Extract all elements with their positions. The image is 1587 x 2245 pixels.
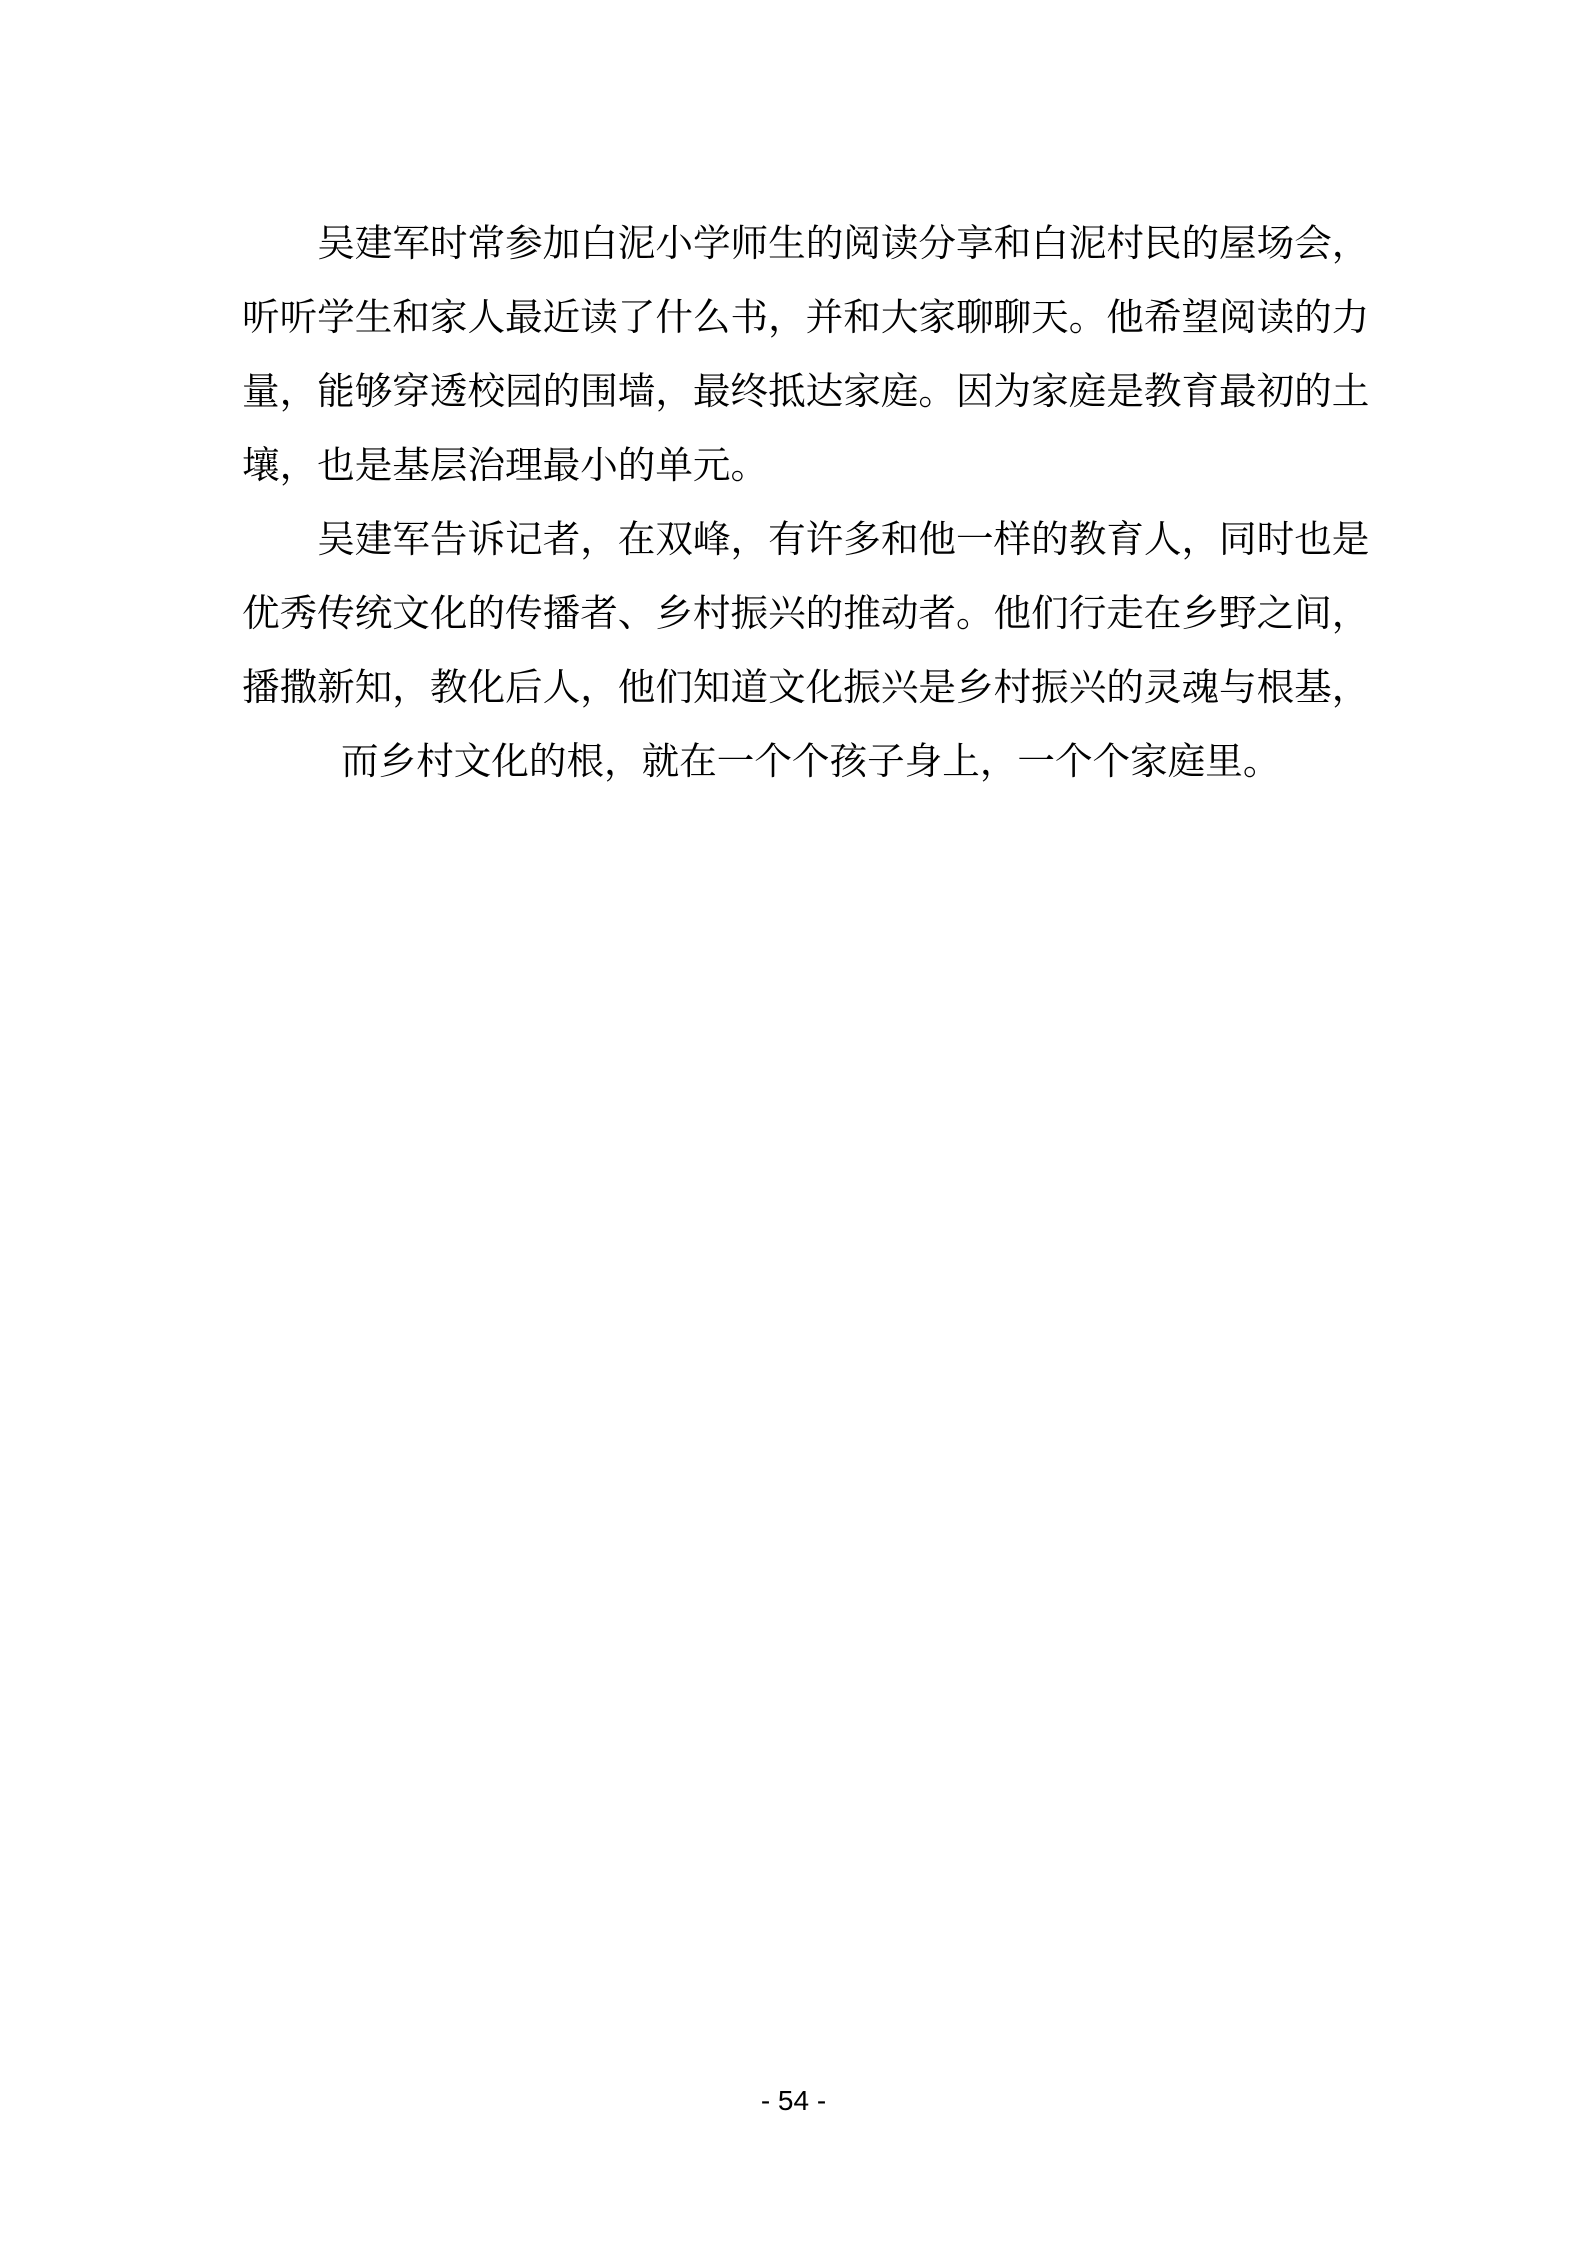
text-line: 播撒新知，教化后人，他们知道文化振兴是乡村振兴的灵魂与根基， (242, 652, 1378, 726)
text-line: 听听学生和家人最近读了什么书，并和大家聊聊天。他希望阅读的力 (242, 282, 1378, 356)
text-line: 量，能够穿透校园的围墙，最终抵达家庭。因为家庭是教育最初的土 (242, 356, 1378, 430)
paragraph-1: 吴建军时常参加白泥小学师生的阅读分享和白泥村民的屋场会， 听听学生和家人最近读了… (242, 208, 1378, 504)
text-line: 壤，也是基层治理最小的单元。 (242, 430, 1378, 504)
paragraph-2: 吴建军告诉记者，在双峰，有许多和他一样的教育人，同时也是 优秀传统文化的传播者、… (242, 504, 1378, 800)
text-line: 而乡村文化的根，就在一个个孩子身上，一个个家庭里。 (242, 726, 1378, 800)
text-line: 吴建军时常参加白泥小学师生的阅读分享和白泥村民的屋场会， (242, 208, 1378, 282)
page-number: - 54 - (0, 2084, 1587, 2118)
document-page: 吴建军时常参加白泥小学师生的阅读分享和白泥村民的屋场会， 听听学生和家人最近读了… (0, 0, 1587, 2245)
text-line: 吴建军告诉记者，在双峰，有许多和他一样的教育人，同时也是 (242, 504, 1378, 578)
text-line: 优秀传统文化的传播者、乡村振兴的推动者。他们行走在乡野之间， (242, 578, 1378, 652)
document-body-text: 吴建军时常参加白泥小学师生的阅读分享和白泥村民的屋场会， 听听学生和家人最近读了… (242, 208, 1378, 800)
